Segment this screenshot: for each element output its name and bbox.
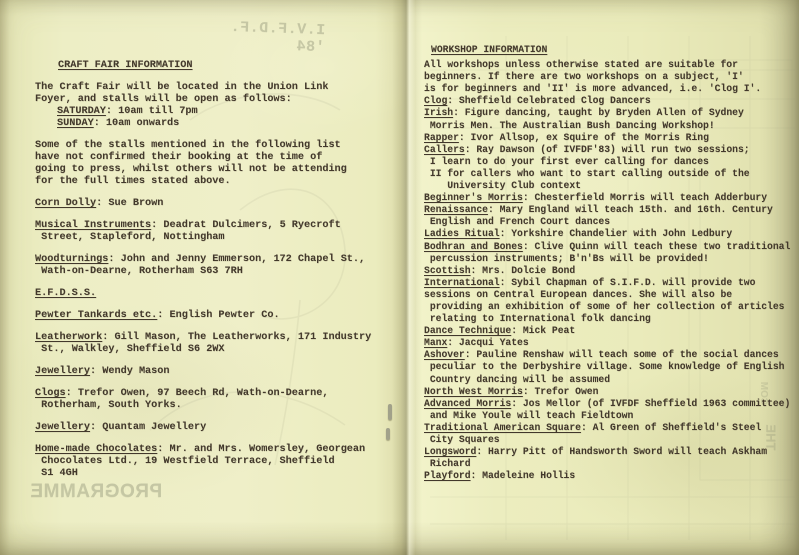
entry-separator: :	[476, 446, 488, 457]
staple	[388, 404, 392, 420]
entry-label: North West Morris	[424, 386, 523, 397]
entry-label: Woodturnings	[35, 254, 108, 265]
entry-separator: :	[157, 310, 169, 321]
entry-text: Quantam Jewellery	[102, 422, 206, 433]
entry-label: SATURDAY	[57, 106, 106, 117]
craft-fair-intro: The Craft Fair will be located in the Un…	[35, 82, 387, 106]
entry-separator: :	[500, 228, 512, 239]
entry-separator: :	[500, 277, 512, 288]
entry-label: Pewter Tankards etc.	[35, 310, 157, 321]
bleedthrough-programme-title: PROGRAMME	[30, 481, 145, 503]
entry-label: Scottish	[424, 265, 471, 276]
entry-separator: :	[447, 95, 459, 106]
entry-text: Mrs. Dolcie Bond	[482, 265, 575, 276]
stall-entry: Jewellery: Wendy Mason	[35, 366, 387, 378]
entry-label: E.F.D.S.S.	[35, 288, 96, 299]
entry-text: Madeleine Hollis	[482, 470, 575, 481]
stall-entry: Jewellery: Quantam Jewellery	[35, 422, 387, 434]
entry-text: English Pewter Co.	[170, 310, 280, 321]
entry-label: Jewellery	[35, 366, 90, 377]
entry-separator: :	[96, 198, 108, 209]
entry-text: Chesterfield Morris will teach Adderbury	[534, 192, 767, 203]
entry-label: Jewellery	[35, 422, 90, 433]
entry-label: Ashover	[424, 349, 465, 360]
entry-separator: :	[459, 132, 471, 143]
stall-entry: E.F.D.S.S.	[35, 288, 387, 300]
workshop-entry: Callers: Ray Dawson (of IVFDF'83) will r…	[424, 144, 796, 192]
workshop-entry: International: Sybil Chapman of S.I.F.D.…	[424, 277, 796, 325]
opening-time-row: SATURDAY: 10am till 7pm	[57, 106, 387, 118]
entry-label: Beginner's Morris	[424, 192, 523, 203]
entry-text: Mick Peat	[523, 325, 575, 336]
entry-label: Clogs	[35, 388, 66, 399]
workshop-entry: Beginner's Morris: Chesterfield Morris w…	[424, 192, 796, 204]
entry-text: Jacqui Yates	[459, 337, 529, 348]
entry-separator: :	[523, 192, 535, 203]
workshop-heading: WORKSHOP INFORMATION	[431, 44, 796, 56]
entry-label: Callers	[424, 144, 465, 155]
entry-separator: :	[90, 422, 102, 433]
centerfold-crease	[392, 0, 422, 555]
entry-separator: :	[471, 470, 483, 481]
entry-separator: :	[581, 422, 593, 433]
entry-text: Wendy Mason	[102, 366, 169, 377]
entry-text: Figure dancing, taught by Bryden Allen o…	[424, 107, 744, 130]
entry-separator: :	[94, 118, 106, 129]
entry-label: Clog	[424, 95, 447, 106]
entry-label: Traditional American Square	[424, 422, 581, 433]
workshop-entry: Clog: Sheffield Celebrated Clog Dancers	[424, 95, 796, 107]
bleedthrough-cover-title: I.V.F.D.F. '84	[205, 20, 325, 54]
stall-list: Corn Dolly: Sue BrownMusical Instruments…	[35, 198, 387, 480]
entry-label: Dance Technique	[424, 325, 511, 336]
entry-label: Playford	[424, 470, 471, 481]
workshop-entry: Bodhran and Bones: Clive Quinn will teac…	[424, 241, 796, 265]
entry-separator: :	[106, 106, 118, 117]
workshop-page: WORKSHOP INFORMATION All workshops unles…	[424, 44, 796, 482]
entry-label: Renaissance	[424, 204, 488, 215]
entry-text: Yorkshire Chandelier with John Ledbury	[511, 228, 732, 239]
entry-text: Trefor Owen, 97 Beech Rd, Wath-on-Dearne…	[35, 388, 328, 411]
entry-text: Sheffield Celebrated Clog Dancers	[459, 95, 651, 106]
staple	[386, 428, 390, 440]
entry-separator: :	[471, 265, 483, 276]
workshop-entry: Rapper: Ivor Allsop, ex Squire of the Mo…	[424, 132, 796, 144]
workshop-entry: Scottish: Mrs. Dolcie Bond	[424, 265, 796, 277]
workshop-entry: Renaissance: Mary England will teach 15t…	[424, 204, 796, 228]
entry-separator: :	[102, 332, 114, 343]
workshop-intro: All workshops unless otherwise stated ar…	[424, 59, 796, 95]
craft-fair-page: CRAFT FAIR INFORMATION The Craft Fair wi…	[35, 60, 387, 480]
entry-label: Advanced Morris	[424, 398, 511, 409]
stall-entry: Corn Dolly: Sue Brown	[35, 198, 387, 210]
stall-entry: Leatherwork: Gill Mason, The Leatherwork…	[35, 332, 387, 356]
entry-separator: :	[66, 388, 78, 399]
entry-label: Rapper	[424, 132, 459, 143]
entry-text: 10am onwards	[106, 118, 179, 129]
entry-text: Pauline Renshaw will teach some of the s…	[424, 349, 784, 384]
workshop-entry: Playford: Madeleine Hollis	[424, 470, 796, 482]
entry-separator: :	[488, 204, 500, 215]
entry-text: Ivor Allsop, ex Squire of the Morris Rin…	[471, 132, 709, 143]
entry-label: Bodhran and Bones	[424, 241, 523, 252]
stall-entry: Pewter Tankards etc.: English Pewter Co.	[35, 310, 387, 322]
entry-label: Musical Instruments	[35, 220, 151, 231]
entry-label: SUNDAY	[57, 118, 94, 129]
entry-text: Sue Brown	[108, 198, 163, 209]
entry-label: Home-made Chocolates	[35, 444, 157, 455]
entry-label: International	[424, 277, 500, 288]
opening-times-list: SATURDAY: 10am till 7pmSUNDAY: 10am onwa…	[35, 106, 387, 130]
entry-separator: :	[511, 325, 523, 336]
workshop-entry: Longsword: Harry Pitt of Handsworth Swor…	[424, 446, 796, 470]
entry-label: Manx	[424, 337, 447, 348]
entry-text: Trefor Owen	[534, 386, 598, 397]
entry-separator: :	[511, 398, 523, 409]
entry-separator: :	[157, 444, 169, 455]
scanned-page-spread: I.V.F.D.F. '84 PROGRAMME THE COM CRAFT F…	[0, 0, 799, 555]
entry-separator: :	[523, 386, 535, 397]
opening-time-row: SUNDAY: 10am onwards	[57, 118, 387, 130]
workshop-entry: Advanced Morris: Jos Mellor (of IVFDF Sh…	[424, 398, 796, 422]
entry-label: Irish	[424, 107, 453, 118]
entry-separator: :	[151, 220, 163, 231]
workshop-entry: Manx: Jacqui Yates	[424, 337, 796, 349]
stall-entry: Musical Instruments: Deadrat Dulcimers, …	[35, 220, 387, 244]
stall-entry: Clogs: Trefor Owen, 97 Beech Rd, Wath-on…	[35, 388, 387, 412]
entry-separator: :	[447, 337, 459, 348]
workshop-entry: Dance Technique: Mick Peat	[424, 325, 796, 337]
craft-fair-note: Some of the stalls mentioned in the foll…	[35, 140, 387, 188]
entry-separator: :	[465, 349, 477, 360]
entry-separator: :	[453, 107, 465, 118]
entry-label: Corn Dolly	[35, 198, 96, 209]
workshop-entry: Traditional American Square: Al Green of…	[424, 422, 796, 446]
workshop-entry: Ashover: Pauline Renshaw will teach some…	[424, 349, 796, 385]
entry-label: Ladies Ritual	[424, 228, 500, 239]
workshop-entry: North West Morris: Trefor Owen	[424, 386, 796, 398]
entry-separator: :	[465, 144, 477, 155]
workshop-entry: Irish: Figure dancing, taught by Bryden …	[424, 107, 796, 131]
entry-label: Leatherwork	[35, 332, 102, 343]
stall-entry: Woodturnings: John and Jenny Emmerson, 1…	[35, 254, 387, 278]
entry-separator: :	[90, 366, 102, 377]
entry-text: 10am till 7pm	[118, 106, 197, 117]
stall-entry: Home-made Chocolates: Mr. and Mrs. Womer…	[35, 444, 387, 480]
workshop-entry: Ladies Ritual: Yorkshire Chandelier with…	[424, 228, 796, 240]
entry-label: Longsword	[424, 446, 476, 457]
entry-separator: :	[523, 241, 535, 252]
workshop-list: Clog: Sheffield Celebrated Clog DancersI…	[424, 95, 796, 482]
entry-separator: :	[108, 254, 120, 265]
craft-fair-heading: CRAFT FAIR INFORMATION	[58, 60, 387, 72]
